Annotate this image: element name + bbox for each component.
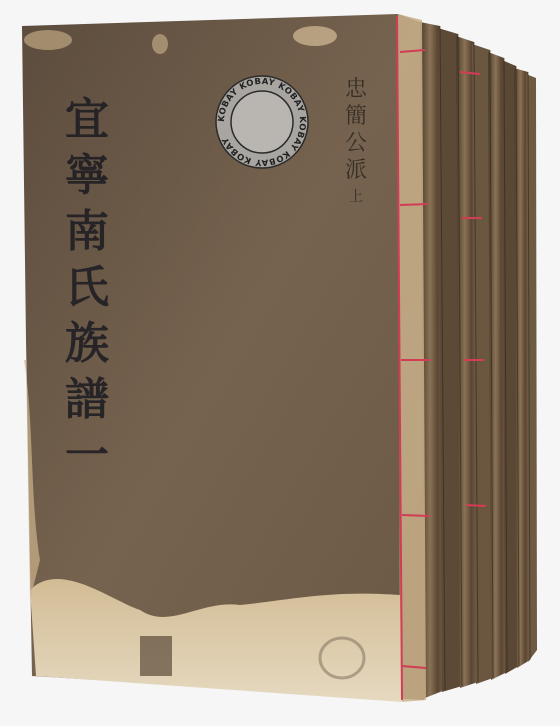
title-char: 譜 [65,372,109,428]
title-char: 族 [65,316,109,372]
side-char: 派 [345,157,367,184]
title-char: 宜 [65,92,109,148]
side-char: 上 [349,188,363,206]
title-char: 氏 [65,260,109,316]
kobay-stamp: KOBAY KOBAY KOBAY KOBAY KOBAY KOBAY [216,76,308,168]
side-char: 公 [345,130,367,157]
title-char: 一 [65,428,109,484]
title-char: 南 [65,204,109,260]
side-char: 忠 [345,76,367,103]
title-char: 寧 [65,148,109,204]
photo-scene: KOBAY KOBAY KOBAY KOBAY KOBAY KOBAY 宜 寧 … [0,0,560,726]
cover-title: 宜 寧 南 氏 族 譜 一 [52,92,122,484]
side-char: 簡 [345,103,367,130]
cover-side-label: 忠 簡 公 派 上 [342,76,370,206]
